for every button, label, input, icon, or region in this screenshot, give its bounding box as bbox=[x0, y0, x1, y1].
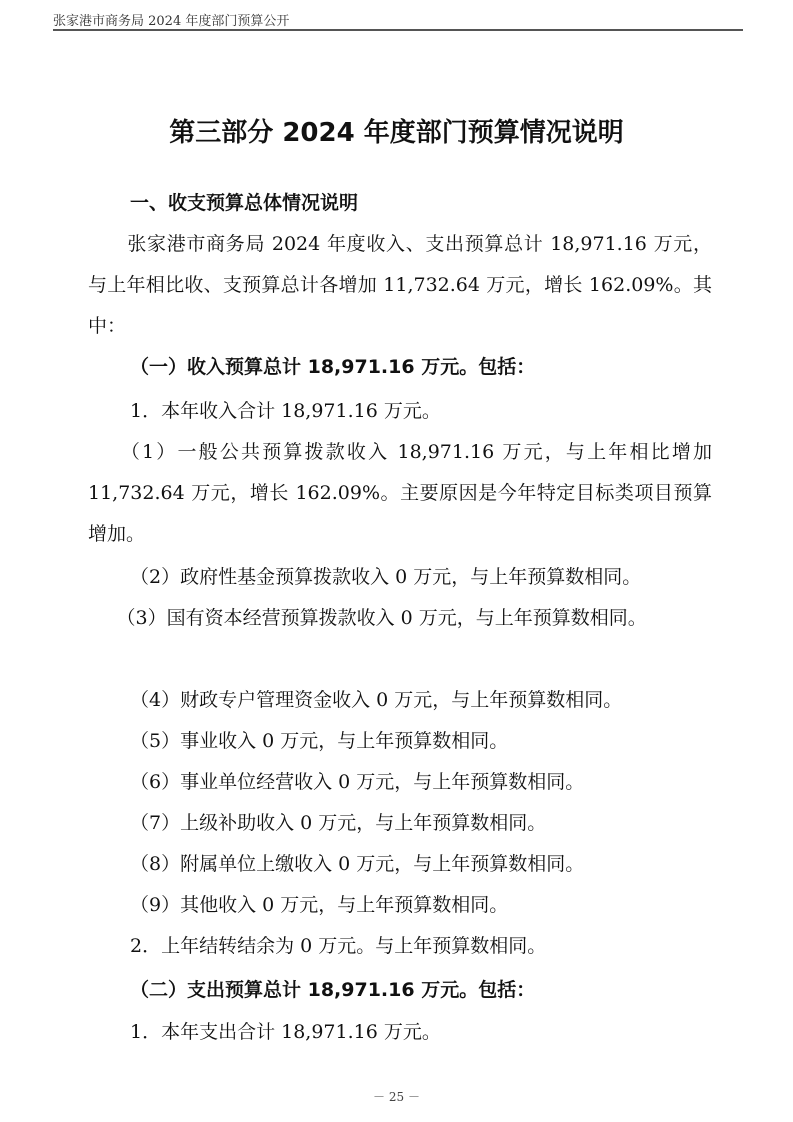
page-number: － 25 － bbox=[0, 1088, 793, 1105]
paragraph: （8）附属单位上缴收入 0 万元，与上年预算数相同。 bbox=[130, 844, 754, 885]
paragraph: （1）一般公共预算拨款收入 18,971.16 万元，与上年相比增加 11,73… bbox=[88, 432, 712, 555]
paragraph: （2）政府性基金预算拨款收入 0 万元，与上年预算数相同。 bbox=[130, 557, 754, 598]
paragraph: （6）事业单位经营收入 0 万元，与上年预算数相同。 bbox=[130, 762, 754, 803]
section-heading: 一、收支预算总体情况说明 bbox=[130, 183, 754, 224]
page-title: 第三部分 2024 年度部门预算情况说明 bbox=[0, 112, 793, 149]
paragraph: （3）国有资本经营预算拨款收入 0 万元，与上年预算数相同。 bbox=[88, 598, 712, 639]
paragraph: 1．本年收入合计 18,971.16 万元。 bbox=[130, 391, 754, 432]
paragraph: 2．上年结转结余为 0 万元。与上年预算数相同。 bbox=[130, 926, 754, 967]
expense-heading: （二）支出预算总计 18,971.16 万元。包括： bbox=[130, 970, 754, 1011]
paragraph: （9）其他收入 0 万元，与上年预算数相同。 bbox=[130, 885, 754, 926]
header-rule bbox=[53, 29, 743, 31]
income-heading: （一）收入预算总计 18,971.16 万元。包括： bbox=[130, 347, 754, 388]
paragraph: （5）事业收入 0 万元，与上年预算数相同。 bbox=[130, 721, 754, 762]
paragraph: 1．本年支出合计 18,971.16 万元。 bbox=[130, 1012, 754, 1053]
paragraph-overview: 张家港市商务局 2024 年度收入、支出预算总计 18,971.16 万元，与上… bbox=[88, 224, 712, 347]
running-header: 张家港市商务局 2024 年度部门预算公开 bbox=[53, 10, 743, 29]
paragraph: （7）上级补助收入 0 万元，与上年预算数相同。 bbox=[130, 803, 754, 844]
paragraph: （4）财政专户管理资金收入 0 万元，与上年预算数相同。 bbox=[130, 680, 754, 721]
